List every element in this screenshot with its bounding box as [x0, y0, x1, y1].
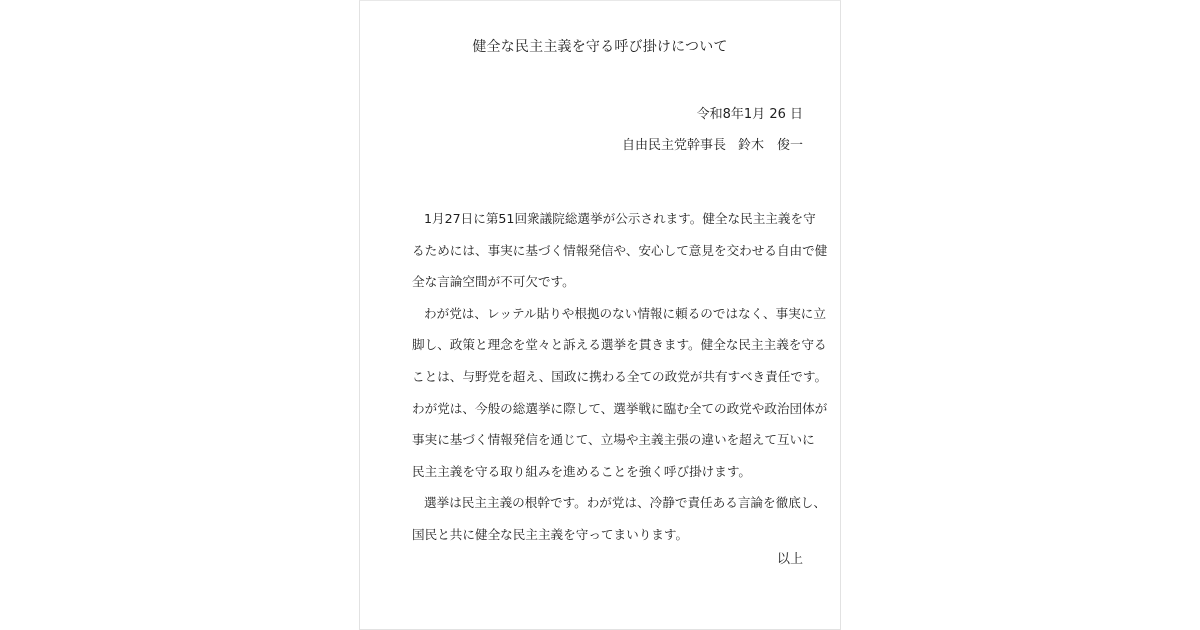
body-line: 全な言論空間が不可欠です。 — [412, 266, 808, 298]
body-line: 脚し、政策と理念を堂々と訴える選挙を貫きます。健全な民主主義を守る — [412, 329, 808, 361]
author-name: 鈴木 俊一 — [738, 138, 803, 153]
body-line: 1月27日に第51回衆議院総選挙が公示されます。健全な民主主義を守 — [412, 203, 808, 235]
body-line: ことは、与野党を超え、国政に携わる全ての政党が共有すべき責任です。 — [412, 361, 808, 393]
document-author: 自由民主党幹事長鈴木 俊一 — [622, 138, 803, 154]
document-title: 健全な民主主義を守る呼び掛けについて — [360, 38, 840, 56]
document-date: 令和8年1月 26 日 — [697, 107, 803, 123]
body-line: 選挙は民主主義の根幹です。わが党は、冷静で責任ある言論を徹底し、 — [412, 487, 808, 519]
body-line: るためには、事実に基づく情報発信や、安心して意見を交わせる自由で健 — [412, 235, 808, 267]
body-line: 民主主義を守る取り組みを進めることを強く呼び掛けます。 — [412, 456, 808, 488]
body-line: わが党は、レッテル貼りや根拠のない情報に頼るのではなく、事実に立 — [412, 298, 808, 330]
author-position: 自由民主党幹事長 — [622, 138, 726, 153]
document-page: 健全な民主主義を守る呼び掛けについて 令和8年1月 26 日 自由民主党幹事長鈴… — [359, 0, 841, 630]
closing-mark: 以上 — [777, 552, 803, 568]
body-line: 事実に基づく情報発信を通じて、立場や主義主張の違いを超えて互いに — [412, 424, 808, 456]
body-line: わが党は、今般の総選挙に際して、選挙戦に臨む全ての政党や政治団体が — [412, 393, 808, 425]
body-line: 国民と共に健全な民主主義を守ってまいります。 — [412, 519, 808, 551]
document-body: 1月27日に第51回衆議院総選挙が公示されます。健全な民主主義を守 るためには、… — [412, 203, 808, 551]
